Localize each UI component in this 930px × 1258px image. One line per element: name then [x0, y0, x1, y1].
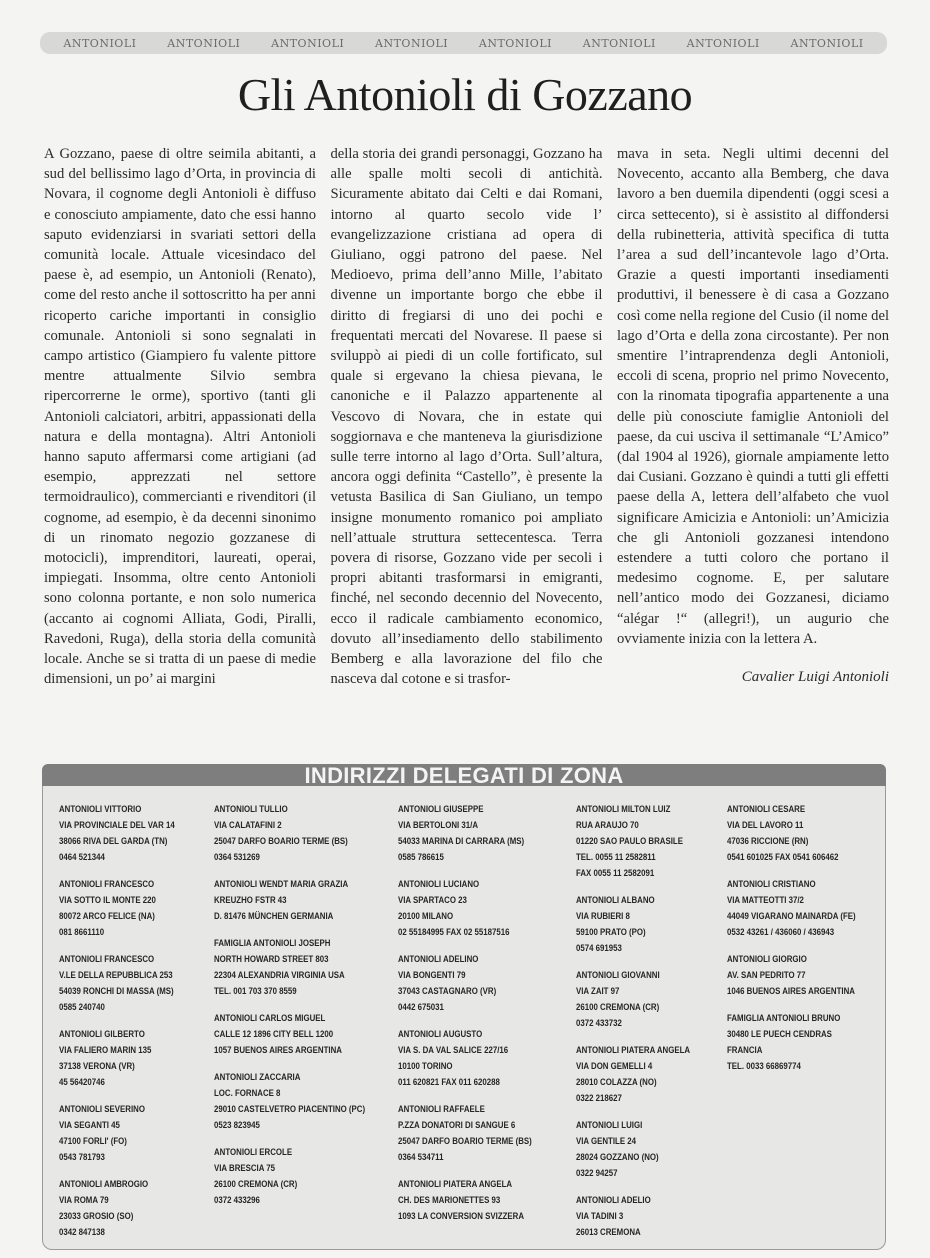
address-entry: ANTONIOLI AUGUSTOVIA S. DA VAL SALICE 22… — [398, 1027, 544, 1091]
address-entry: ANTONIOLI SEVERINOVIA SEGANTI 4547100 FO… — [59, 1102, 186, 1166]
address-line: 47036 RICCIONE (RN) — [727, 834, 850, 850]
address-line: 0322 94257 — [576, 1166, 700, 1182]
address-entry: ANTONIOLI PIATERA ANGELAVIA DON GEMELLI … — [576, 1043, 700, 1107]
address-line: FRANCIA — [727, 1043, 850, 1059]
address-line: 37043 CASTAGNARO (VR) — [398, 984, 544, 1000]
article-column-1: A Gozzano, paese di oltre seimila abitan… — [44, 144, 316, 744]
header-band-label: ANTONIOLI — [271, 37, 344, 50]
address-line: 37138 VERONA (VR) — [59, 1059, 186, 1075]
address-entry: ANTONIOLI LUIGIVIA GENTILE 2428024 GOZZA… — [576, 1118, 700, 1182]
address-entry: FAMIGLIA ANTONIOLI BRUNO30480 LE PUECH C… — [727, 1011, 850, 1075]
article-paragraph: mava in seta. Negli ultimi decenni del N… — [617, 144, 889, 649]
address-entry: ANTONIOLI TULLIOVIA CALATAFINI 225047 DA… — [214, 802, 365, 866]
address-line: VIA SEGANTI 45 — [59, 1118, 186, 1134]
address-name: ANTONIOLI GIORGIO — [727, 952, 850, 968]
address-line: 25047 DARFO BOARIO TERME (BS) — [214, 834, 365, 850]
address-line: VIA SPARTACO 23 — [398, 893, 544, 909]
address-line: 0585 240740 — [59, 1000, 186, 1016]
article-paragraph: della storia dei grandi personaggi, Gozz… — [331, 144, 603, 689]
header-band-label: ANTONIOLI — [63, 37, 136, 50]
address-line: VIA MATTEOTTI 37/2 — [727, 893, 850, 909]
address-line: 80072 ARCO FELICE (NA) — [59, 909, 186, 925]
address-line: FAX 0055 11 2582091 — [576, 866, 700, 882]
address-line: 02 55184995 FAX 02 55187516 — [398, 925, 544, 941]
address-line: VIA S. DA VAL SALICE 227/16 — [398, 1043, 544, 1059]
address-entry: ANTONIOLI FRANCESCOVIA SOTTO IL MONTE 22… — [59, 877, 186, 941]
address-entry: ANTONIOLI GIUSEPPEVIA BERTOLONI 31/A5403… — [398, 802, 544, 866]
address-entry: ANTONIOLI ADELINOVIA BONGENTI 7937043 CA… — [398, 952, 544, 1016]
header-band-label: ANTONIOLI — [479, 37, 552, 50]
header-band-label: ANTONIOLI — [167, 37, 240, 50]
address-line: 1057 BUENOS AIRES ARGENTINA — [214, 1043, 365, 1059]
address-line: 38066 RIVA DEL GARDA (TN) — [59, 834, 186, 850]
addresses-grid: ANTONIOLI VITTORIOVIA PROVINCIALE DEL VA… — [59, 802, 877, 1241]
address-line: 0364 531269 — [214, 850, 365, 866]
address-name: ANTONIOLI TULLIO — [214, 802, 365, 818]
article-column-3: mava in seta. Negli ultimi decenni del N… — [617, 144, 889, 744]
addresses-title: INDIRIZZI DELEGATI DI ZONA — [42, 764, 886, 787]
address-line: 0372 433732 — [576, 1016, 700, 1032]
address-line: 0532 43261 / 436060 / 436943 — [727, 925, 850, 941]
address-line: 0322 218627 — [576, 1091, 700, 1107]
address-name: ANTONIOLI CRISTIANO — [727, 877, 850, 893]
address-entry: ANTONIOLI GILBERTOVIA FALIERO MARIN 1353… — [59, 1027, 186, 1091]
article-body: A Gozzano, paese di oltre seimila abitan… — [44, 144, 889, 744]
header-band-label: ANTONIOLI — [375, 37, 448, 50]
address-line: VIA DEL LAVORO 11 — [727, 818, 850, 834]
address-name: ANTONIOLI ALBANO — [576, 893, 700, 909]
addresses-column-3: ANTONIOLI GIUSEPPEVIA BERTOLONI 31/A5403… — [398, 802, 576, 1241]
address-line: VIA GENTILE 24 — [576, 1134, 700, 1150]
address-line: AV. SAN PEDRITO 77 — [727, 968, 850, 984]
address-name: ANTONIOLI ZACCARIA — [214, 1070, 365, 1086]
address-entry: ANTONIOLI AMBROGIOVIA ROMA 7923033 GROSI… — [59, 1177, 186, 1241]
address-line: 26100 CREMONA (CR) — [576, 1000, 700, 1016]
address-name: ANTONIOLI AMBROGIO — [59, 1177, 186, 1193]
address-line: NORTH HOWARD STREET 803 — [214, 952, 365, 968]
address-line: 29010 CASTELVETRO PIACENTINO (PC) — [214, 1102, 365, 1118]
address-entry: ANTONIOLI GIOVANNIVIA ZAIT 9726100 CREMO… — [576, 968, 700, 1032]
address-line: VIA ROMA 79 — [59, 1193, 186, 1209]
address-line: VIA BONGENTI 79 — [398, 968, 544, 984]
address-entry: ANTONIOLI GIORGIOAV. SAN PEDRITO 771046 … — [727, 952, 850, 1000]
header-band-label: ANTONIOLI — [583, 37, 656, 50]
address-line: VIA ZAIT 97 — [576, 984, 700, 1000]
address-line: 22304 ALEXANDRIA VIRGINIA USA — [214, 968, 365, 984]
address-entry: ANTONIOLI RAFFAELEP.ZZA DONATORI DI SANG… — [398, 1102, 544, 1166]
address-name: ANTONIOLI ERCOLE — [214, 1145, 365, 1161]
address-line: 0342 847138 — [59, 1225, 186, 1241]
address-line: CALLE 12 1896 CITY BELL 1200 — [214, 1027, 365, 1043]
address-line: 1046 BUENOS AIRES ARGENTINA — [727, 984, 850, 1000]
address-line: 10100 TORINO — [398, 1059, 544, 1075]
address-line: 0464 521344 — [59, 850, 186, 866]
address-name: ANTONIOLI GIUSEPPE — [398, 802, 544, 818]
address-line: VIA BERTOLONI 31/A — [398, 818, 544, 834]
address-name: FAMIGLIA ANTONIOLI BRUNO — [727, 1011, 850, 1027]
article-signature: Cavalier Luigi Antonioli — [617, 667, 889, 687]
address-entry: ANTONIOLI CRISTIANOVIA MATTEOTTI 37/2440… — [727, 877, 850, 941]
header-band: ANTONIOLI ANTONIOLI ANTONIOLI ANTONIOLI … — [40, 32, 887, 54]
address-line: 44049 VIGARANO MAINARDA (FE) — [727, 909, 850, 925]
address-name: ANTONIOLI PIATERA ANGELA — [398, 1177, 544, 1193]
article-column-2: della storia dei grandi personaggi, Gozz… — [331, 144, 603, 744]
address-line: 26100 CREMONA (CR) — [214, 1177, 365, 1193]
address-line: VIA CALATAFINI 2 — [214, 818, 365, 834]
address-line: 1093 LA CONVERSION SVIZZERA — [398, 1209, 544, 1225]
address-entry: ANTONIOLI WENDT MARIA GRAZIAKREUZHO FSTR… — [214, 877, 365, 925]
address-line: 45 56420746 — [59, 1075, 186, 1091]
address-name: ANTONIOLI LUIGI — [576, 1118, 700, 1134]
address-entry: ANTONIOLI CESAREVIA DEL LAVORO 1147036 R… — [727, 802, 850, 866]
address-line: 0541 601025 FAX 0541 606462 — [727, 850, 850, 866]
address-line: 30480 LE PUECH CENDRAS — [727, 1027, 850, 1043]
address-name: ANTONIOLI CESARE — [727, 802, 850, 818]
address-line: TEL. 001 703 370 8559 — [214, 984, 365, 1000]
address-name: ANTONIOLI PIATERA ANGELA — [576, 1043, 700, 1059]
address-line: RUA ARAUJO 70 — [576, 818, 700, 834]
addresses-column-1: ANTONIOLI VITTORIOVIA PROVINCIALE DEL VA… — [59, 802, 214, 1241]
address-line: 0523 823945 — [214, 1118, 365, 1134]
address-line: P.ZZA DONATORI DI SANGUE 6 — [398, 1118, 544, 1134]
address-line: D. 81476 MÜNCHEN GERMANIA — [214, 909, 365, 925]
addresses-column-2: ANTONIOLI TULLIOVIA CALATAFINI 225047 DA… — [214, 802, 398, 1241]
address-line: 47100 FORLI' (FO) — [59, 1134, 186, 1150]
article-title: Gli Antonioli di Gozzano — [0, 68, 930, 121]
address-entry: ANTONIOLI FRANCESCOV.LE DELLA REPUBBLICA… — [59, 952, 186, 1016]
address-line: 011 620821 FAX 011 620288 — [398, 1075, 544, 1091]
address-line: 0442 675031 — [398, 1000, 544, 1016]
address-line: VIA TADINI 3 — [576, 1209, 700, 1225]
address-name: ANTONIOLI VITTORIO — [59, 802, 186, 818]
address-entry: ANTONIOLI ALBANOVIA RUBIERI 859100 PRATO… — [576, 893, 700, 957]
address-line: V.LE DELLA REPUBBLICA 253 — [59, 968, 186, 984]
address-entry: ANTONIOLI VITTORIOVIA PROVINCIALE DEL VA… — [59, 802, 186, 866]
address-line: TEL. 0055 11 2582811 — [576, 850, 700, 866]
address-line: VIA BRESCIA 75 — [214, 1161, 365, 1177]
address-line: VIA RUBIERI 8 — [576, 909, 700, 925]
address-line: CH. DES MARIONETTES 93 — [398, 1193, 544, 1209]
address-line: 25047 DARFO BOARIO TERME (BS) — [398, 1134, 544, 1150]
address-name: ANTONIOLI FRANCESCO — [59, 952, 186, 968]
address-name: ANTONIOLI CARLOS MIGUEL — [214, 1011, 365, 1027]
address-name: ANTONIOLI WENDT MARIA GRAZIA — [214, 877, 365, 893]
address-entry: ANTONIOLI LUCIANOVIA SPARTACO 2320100 MI… — [398, 877, 544, 941]
address-name: ANTONIOLI SEVERINO — [59, 1102, 186, 1118]
address-line: 01220 SAO PAULO BRASILE — [576, 834, 700, 850]
address-line: 28024 GOZZANO (NO) — [576, 1150, 700, 1166]
article-paragraph: A Gozzano, paese di oltre seimila abitan… — [44, 144, 316, 689]
address-entry: ANTONIOLI ERCOLEVIA BRESCIA 7526100 CREM… — [214, 1145, 365, 1209]
address-line: VIA PROVINCIALE DEL VAR 14 — [59, 818, 186, 834]
address-line: 54033 MARINA DI CARRARA (MS) — [398, 834, 544, 850]
addresses-box: ANTONIOLI VITTORIOVIA PROVINCIALE DEL VA… — [42, 786, 886, 1250]
address-line: VIA DON GEMELLI 4 — [576, 1059, 700, 1075]
address-line: KREUZHO FSTR 43 — [214, 893, 365, 909]
address-line: 0372 433296 — [214, 1193, 365, 1209]
address-line: VIA SOTTO IL MONTE 220 — [59, 893, 186, 909]
address-line: 0543 781793 — [59, 1150, 186, 1166]
address-line: 081 8661110 — [59, 925, 186, 941]
address-line: 59100 PRATO (PO) — [576, 925, 700, 941]
address-entry: FAMIGLIA ANTONIOLI JOSEPHNORTH HOWARD ST… — [214, 936, 365, 1000]
address-name: ANTONIOLI GILBERTO — [59, 1027, 186, 1043]
address-entry: ANTONIOLI ZACCARIALOC. FORNACE 829010 CA… — [214, 1070, 365, 1134]
address-line: 0585 786615 — [398, 850, 544, 866]
address-line: TEL. 0033 66869774 — [727, 1059, 850, 1075]
address-name: ANTONIOLI RAFFAELE — [398, 1102, 544, 1118]
address-entry: ANTONIOLI MILTON LUIZRUA ARAUJO 7001220 … — [576, 802, 700, 882]
address-line: 0364 534711 — [398, 1150, 544, 1166]
address-line: VIA FALIERO MARIN 135 — [59, 1043, 186, 1059]
address-name: ANTONIOLI MILTON LUIZ — [576, 802, 700, 818]
address-line: 20100 MILANO — [398, 909, 544, 925]
address-name: ANTONIOLI AUGUSTO — [398, 1027, 544, 1043]
address-entry: ANTONIOLI CARLOS MIGUELCALLE 12 1896 CIT… — [214, 1011, 365, 1059]
addresses-column-4: ANTONIOLI MILTON LUIZRUA ARAUJO 7001220 … — [576, 802, 727, 1241]
address-entry: ANTONIOLI ADELIOVIA TADINI 326013 CREMON… — [576, 1193, 700, 1241]
address-name: ANTONIOLI ADELIO — [576, 1193, 700, 1209]
address-name: ANTONIOLI GIOVANNI — [576, 968, 700, 984]
addresses-column-5: ANTONIOLI CESAREVIA DEL LAVORO 1147036 R… — [727, 802, 877, 1241]
address-name: ANTONIOLI LUCIANO — [398, 877, 544, 893]
address-line: 54039 RONCHI DI MASSA (MS) — [59, 984, 186, 1000]
address-line: LOC. FORNACE 8 — [214, 1086, 365, 1102]
header-band-label: ANTONIOLI — [791, 37, 864, 50]
address-name: ANTONIOLI ADELINO — [398, 952, 544, 968]
address-line: 0574 691953 — [576, 941, 700, 957]
address-line: 26013 CREMONA — [576, 1225, 700, 1241]
address-line: 23033 GROSIO (SO) — [59, 1209, 186, 1225]
address-entry: ANTONIOLI PIATERA ANGELACH. DES MARIONET… — [398, 1177, 544, 1225]
address-name: FAMIGLIA ANTONIOLI JOSEPH — [214, 936, 365, 952]
header-band-label: ANTONIOLI — [687, 37, 760, 50]
address-name: ANTONIOLI FRANCESCO — [59, 877, 186, 893]
address-line: 28010 COLAZZA (NO) — [576, 1075, 700, 1091]
